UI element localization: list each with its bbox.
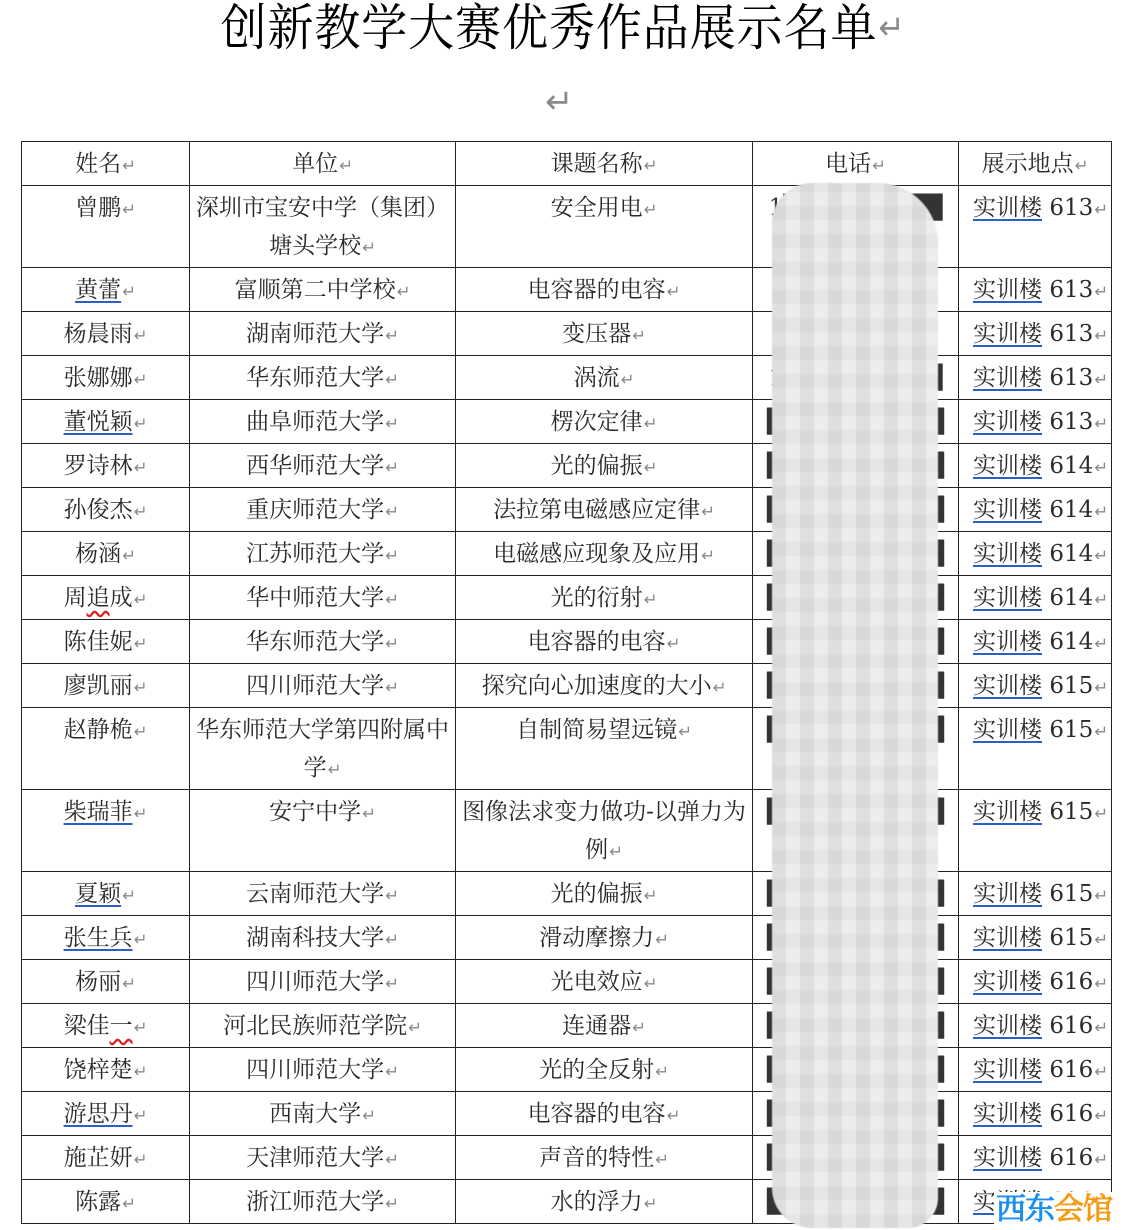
cell-topic[interactable]: 涡流↵ bbox=[456, 356, 753, 400]
cell-unit[interactable]: 云南师范大学↵ bbox=[190, 872, 456, 916]
paragraph-mark-icon: ↵ bbox=[644, 200, 658, 219]
paragraph-mark-icon: ↵ bbox=[1094, 502, 1108, 521]
paragraph-mark-icon: ↵ bbox=[122, 1194, 136, 1213]
name-text: 黄蕾 bbox=[75, 277, 121, 303]
paragraph-mark-icon: ↵ bbox=[385, 414, 399, 433]
header-unit[interactable]: 单位↵ bbox=[190, 142, 456, 186]
cell-topic[interactable]: 电容器的电容↵ bbox=[456, 620, 753, 664]
paragraph-mark-icon: ↵ bbox=[1094, 930, 1108, 949]
table-body: 曾鹏↵深圳市宝安中学（集团）塘头学校↵安全用电↵1█████████实训楼 61… bbox=[22, 186, 1112, 1224]
paragraph-mark-icon: ↵ bbox=[1094, 200, 1108, 219]
unit-text: 西华师范大学 bbox=[246, 453, 384, 479]
topic-text: 电容器的电容 bbox=[528, 629, 666, 655]
topic-text: 图像法求变力做功-以弹力为例 bbox=[462, 799, 746, 863]
topic-text: 滑动摩擦力 bbox=[539, 925, 654, 951]
paragraph-mark-icon: ↵ bbox=[385, 930, 399, 949]
place-room: 614 bbox=[1049, 541, 1093, 567]
cell-name[interactable]: 夏颖↵ bbox=[22, 872, 190, 916]
cell-name[interactable]: 陈佳妮↵ bbox=[22, 620, 190, 664]
place-room: 615 bbox=[1049, 799, 1093, 825]
privacy-mosaic-overlay bbox=[772, 183, 938, 1228]
unit-text: 湖南师范大学 bbox=[246, 321, 384, 347]
name-text: 杨涵 bbox=[75, 541, 121, 567]
paragraph-mark-icon: ↵ bbox=[1094, 804, 1108, 823]
name-text: 廖凯丽 bbox=[64, 673, 133, 699]
table-row: 张娜娜↵华东师范大学↵涡流↵1█████████实训楼 613↵ bbox=[22, 356, 1112, 400]
paragraph-mark-icon: ↵ bbox=[1094, 458, 1108, 477]
cell-name[interactable]: 饶梓楚↵ bbox=[22, 1048, 190, 1092]
paragraph-mark-icon: ↵ bbox=[701, 546, 715, 565]
cell-unit[interactable]: 天津师范大学↵ bbox=[190, 1136, 456, 1180]
paragraph-mark-icon: ↵ bbox=[385, 370, 399, 389]
table-row: 曾鹏↵深圳市宝安中学（集团）塘头学校↵安全用电↵1█████████实训楼 61… bbox=[22, 186, 1112, 268]
place-room: 615 bbox=[1049, 881, 1093, 907]
table-row: 柴瑞菲↵安宁中学↵图像法求变力做功-以弹力为例↵██████████实训楼 61… bbox=[22, 790, 1112, 872]
place-room: 616 bbox=[1049, 969, 1093, 995]
paragraph-mark-icon: ↵ bbox=[385, 546, 399, 565]
topic-text: 变压器 bbox=[562, 321, 631, 347]
unit-text: 重庆师范大学 bbox=[246, 497, 384, 523]
name-text: 陈露 bbox=[75, 1189, 121, 1215]
name-text: 游思丹 bbox=[64, 1101, 133, 1127]
unit-text: 曲阜师范大学 bbox=[246, 409, 384, 435]
paragraph-mark-icon: ↵ bbox=[644, 414, 658, 433]
paragraph-mark-icon: ↵ bbox=[1094, 886, 1108, 905]
cell-place[interactable]: 实训楼 613↵ bbox=[959, 186, 1112, 268]
paragraph-mark-icon: ↵ bbox=[134, 326, 148, 345]
unit-text: 西南大学 bbox=[269, 1101, 361, 1127]
topic-text: 法拉第电磁感应定律 bbox=[493, 497, 700, 523]
header-name[interactable]: 姓名↵ bbox=[22, 142, 190, 186]
cell-unit[interactable]: 华东师范大学第四附属中学↵ bbox=[190, 708, 456, 790]
cell-name[interactable]: 孙俊杰↵ bbox=[22, 488, 190, 532]
paragraph-mark-icon: ↵ bbox=[1094, 414, 1108, 433]
unit-text: 华东师范大学 bbox=[246, 629, 384, 655]
cell-topic[interactable]: 变压器↵ bbox=[456, 312, 753, 356]
cell-topic[interactable]: 声音的特性↵ bbox=[456, 1136, 753, 1180]
topic-text: 水的浮力 bbox=[551, 1189, 643, 1215]
unit-text: 安宁中学 bbox=[269, 799, 361, 825]
paragraph-mark-icon: ↵ bbox=[385, 634, 399, 653]
cell-topic[interactable]: 电磁感应现象及应用↵ bbox=[456, 532, 753, 576]
cell-unit[interactable]: 深圳市宝安中学（集团）塘头学校↵ bbox=[190, 186, 456, 268]
cell-place[interactable]: 实训楼 613↵ bbox=[959, 400, 1112, 444]
cell-place[interactable]: 实训楼 614↵ bbox=[959, 488, 1112, 532]
name-text: 杨丽 bbox=[75, 969, 121, 995]
cell-name[interactable]: 施芷妍↵ bbox=[22, 1136, 190, 1180]
cell-topic[interactable]: 图像法求变力做功-以弹力为例↵ bbox=[456, 790, 753, 872]
paragraph-mark-icon: ↵ bbox=[872, 156, 886, 175]
paragraph-mark-icon: ↵ bbox=[701, 502, 715, 521]
topic-text: 涡流 bbox=[574, 365, 620, 391]
watermark-part2: 会馆 bbox=[1054, 1192, 1112, 1227]
paragraph-mark-icon: ↵ bbox=[339, 156, 353, 175]
cell-unit[interactable]: 华东师范大学↵ bbox=[190, 356, 456, 400]
place-room: 616 bbox=[1049, 1101, 1093, 1127]
paragraph-mark-icon: ↵ bbox=[655, 1150, 669, 1169]
watermark-logo: 西东会馆 bbox=[994, 1192, 1114, 1228]
paragraph-mark-icon: ↵ bbox=[1094, 1106, 1108, 1125]
unit-text: 河北民族师范学院 bbox=[223, 1013, 407, 1039]
paragraph-mark-icon: ↵ bbox=[122, 546, 136, 565]
unit-text: 富顺第二中学校 bbox=[235, 277, 396, 303]
topic-text: 安全用电 bbox=[551, 195, 643, 221]
cell-unit[interactable]: 湖南师范大学↵ bbox=[190, 312, 456, 356]
cell-unit[interactable]: 华东师范大学↵ bbox=[190, 620, 456, 664]
name-text: 曾鹏 bbox=[75, 195, 121, 221]
place-room: 613 bbox=[1049, 409, 1093, 435]
paragraph-mark-icon: ↵ bbox=[122, 886, 136, 905]
paragraph-mark-icon: ↵ bbox=[122, 156, 136, 175]
place-room: 613 bbox=[1049, 365, 1093, 391]
name-text: 夏颖 bbox=[75, 881, 121, 907]
cell-name[interactable]: 罗诗林↵ bbox=[22, 444, 190, 488]
paragraph-mark-icon: ↵ bbox=[328, 760, 342, 779]
cell-name[interactable]: 杨晨雨↵ bbox=[22, 312, 190, 356]
paragraph-mark-icon: ↵ bbox=[667, 634, 681, 653]
topic-text: 探究向心加速度的大小 bbox=[482, 673, 712, 699]
topic-text: 电磁感应现象及应用 bbox=[493, 541, 700, 567]
table-row: 董悦颖↵曲阜师范大学↵楞次定律↵██████████实训楼 613↵ bbox=[22, 400, 1112, 444]
name-text: 杨晨雨 bbox=[64, 321, 133, 347]
name-text: 施芷妍 bbox=[64, 1145, 133, 1171]
unit-text: 江苏师范大学 bbox=[246, 541, 384, 567]
paragraph-mark-icon: ↵ bbox=[1094, 590, 1108, 609]
paragraph-mark-icon: ↵ bbox=[644, 886, 658, 905]
cell-name[interactable]: 黄蕾↵ bbox=[22, 268, 190, 312]
cell-place[interactable]: 实训楼 616↵ bbox=[959, 1092, 1112, 1136]
name-text: 陈佳妮 bbox=[64, 629, 133, 655]
place-building: 实训楼 bbox=[973, 541, 1042, 567]
paragraph-mark-icon: ↵ bbox=[655, 930, 669, 949]
cell-topic[interactable]: 安全用电↵ bbox=[456, 186, 753, 268]
table-row: 梁佳一↵河北民族师范学院↵连通器↵██████████实训楼 616↵ bbox=[22, 1004, 1112, 1048]
cell-topic[interactable]: 光的衍射↵ bbox=[456, 576, 753, 620]
table-row: 罗诗林↵西华师范大学↵光的偏振↵██████████实训楼 614↵ bbox=[22, 444, 1112, 488]
place-room: 614 bbox=[1049, 453, 1093, 479]
paragraph-mark-icon: ↵ bbox=[385, 502, 399, 521]
name-text: 柴瑞菲 bbox=[64, 799, 133, 825]
table-row: 周追成↵华中师范大学↵光的衍射↵██████████实训楼 614↵ bbox=[22, 576, 1112, 620]
cell-topic[interactable]: 水的浮力↵ bbox=[456, 1180, 753, 1224]
cell-name[interactable]: 董悦颖↵ bbox=[22, 400, 190, 444]
cell-name[interactable]: 赵静桅↵ bbox=[22, 708, 190, 790]
paragraph-mark-icon: ↵ bbox=[1094, 546, 1108, 565]
cell-unit[interactable]: 华中师范大学↵ bbox=[190, 576, 456, 620]
cell-place[interactable]: 实训楼 616↵ bbox=[959, 1048, 1112, 1092]
paragraph-mark-icon: ↵ bbox=[667, 282, 681, 301]
paragraph-mark-icon: ↵ bbox=[644, 156, 658, 175]
place-building: 实训楼 bbox=[973, 1013, 1042, 1039]
cell-unit[interactable]: 四川师范大学↵ bbox=[190, 664, 456, 708]
cell-place[interactable]: 实训楼 613↵ bbox=[959, 268, 1112, 312]
cell-unit[interactable]: 浙江师范大学↵ bbox=[190, 1180, 456, 1224]
paragraph-mark-icon: ↵ bbox=[134, 804, 148, 823]
table-row: 陈露↵浙江师范大学↵水的浮力↵██████████实训楼 616↵ bbox=[22, 1180, 1112, 1224]
cell-topic[interactable]: 光电效应↵ bbox=[456, 960, 753, 1004]
paragraph-mark-icon: ↵ bbox=[385, 1062, 399, 1081]
cell-name[interactable]: 游思丹↵ bbox=[22, 1092, 190, 1136]
place-room: 615 bbox=[1049, 673, 1093, 699]
cell-name[interactable]: 柴瑞菲↵ bbox=[22, 790, 190, 872]
table-row: 饶梓楚↵四川师范大学↵光的全反射↵██████████实训楼 616↵ bbox=[22, 1048, 1112, 1092]
place-building: 实训楼 bbox=[973, 277, 1042, 303]
name-text: 孙俊杰 bbox=[64, 497, 133, 523]
cell-name[interactable]: 曾鹏↵ bbox=[22, 186, 190, 268]
place-building: 实训楼 bbox=[973, 673, 1042, 699]
paragraph-mark-icon: ↵ bbox=[397, 282, 411, 301]
paragraph-mark-icon: ↵ bbox=[134, 590, 148, 609]
cell-unit[interactable]: 江苏师范大学↵ bbox=[190, 532, 456, 576]
cell-place[interactable]: 实训楼 613↵ bbox=[959, 312, 1112, 356]
cell-unit[interactable]: 重庆师范大学↵ bbox=[190, 488, 456, 532]
cell-topic[interactable]: 滑动摩擦力↵ bbox=[456, 916, 753, 960]
table-row: 黄蕾↵富顺第二中学校↵电容器的电容↵1███73██50实训楼 613↵ bbox=[22, 268, 1112, 312]
paragraph-mark-icon: ↵ bbox=[134, 458, 148, 477]
cell-name[interactable]: 杨涵↵ bbox=[22, 532, 190, 576]
paragraph-mark-icon: ↵ bbox=[1094, 1150, 1108, 1169]
cell-name[interactable]: 张生兵↵ bbox=[22, 916, 190, 960]
cell-name[interactable]: 杨丽↵ bbox=[22, 960, 190, 1004]
paragraph-mark-icon: ↵ bbox=[408, 1018, 422, 1037]
paragraph-mark-icon: ↵ bbox=[644, 458, 658, 477]
table-row: 陈佳妮↵华东师范大学↵电容器的电容↵██████████实训楼 614↵ bbox=[22, 620, 1112, 664]
paragraph-mark-icon: ↵ bbox=[667, 1106, 681, 1125]
paragraph-mark-icon: ↵ bbox=[878, 8, 905, 48]
name-text: 梁佳一 bbox=[64, 1013, 133, 1039]
cell-unit[interactable]: 河北民族师范学院↵ bbox=[190, 1004, 456, 1048]
paragraph-mark-icon: ↵ bbox=[644, 590, 658, 609]
paragraph-mark-icon: ↵ bbox=[678, 722, 692, 741]
unit-text: 湖南科技大学 bbox=[246, 925, 384, 951]
name-text: 张生兵 bbox=[64, 925, 133, 951]
table-row: 游思丹↵西南大学↵电容器的电容↵██████████实训楼 616↵ bbox=[22, 1092, 1112, 1136]
place-building: 实训楼 bbox=[973, 497, 1042, 523]
cell-place[interactable]: 实训楼 613↵ bbox=[959, 356, 1112, 400]
cell-topic[interactable]: 电容器的电容↵ bbox=[456, 268, 753, 312]
place-building: 实训楼 bbox=[973, 1057, 1042, 1083]
paragraph-mark-icon: ↵ bbox=[134, 414, 148, 433]
cell-name[interactable]: 周追成↵ bbox=[22, 576, 190, 620]
topic-text: 光的偏振 bbox=[551, 453, 643, 479]
cell-topic[interactable]: 光的偏振↵ bbox=[456, 872, 753, 916]
paragraph-mark-icon: ↵ bbox=[632, 1018, 646, 1037]
cell-unit[interactable]: 曲阜师范大学↵ bbox=[190, 400, 456, 444]
topic-text: 光的全反射 bbox=[539, 1057, 654, 1083]
cell-topic[interactable]: 光的偏振↵ bbox=[456, 444, 753, 488]
place-building: 实训楼 bbox=[973, 717, 1042, 743]
cell-place[interactable]: 实训楼 615↵ bbox=[959, 664, 1112, 708]
paragraph-mark-icon: ↵ bbox=[1094, 634, 1108, 653]
unit-text: 华东师范大学 bbox=[246, 365, 384, 391]
paragraph-mark-icon: ↵ bbox=[122, 200, 136, 219]
unit-text: 天津师范大学 bbox=[246, 1145, 384, 1171]
table-row: 赵静桅↵华东师范大学第四附属中学↵自制简易望远镜↵██████████实训楼 6… bbox=[22, 708, 1112, 790]
place-building: 实训楼 bbox=[973, 799, 1042, 825]
table-row: 廖凯丽↵四川师范大学↵探究向心加速度的大小↵██████████实训楼 615↵ bbox=[22, 664, 1112, 708]
place-room: 614 bbox=[1049, 497, 1093, 523]
header-topic[interactable]: 课题名称↵ bbox=[456, 142, 753, 186]
empty-paragraph-mark-icon: ↵ bbox=[545, 82, 574, 122]
cell-topic[interactable]: 楞次定律↵ bbox=[456, 400, 753, 444]
place-building: 实训楼 bbox=[973, 453, 1042, 479]
topic-text: 光的偏振 bbox=[551, 881, 643, 907]
paragraph-mark-icon: ↵ bbox=[385, 678, 399, 697]
place-room: 613 bbox=[1049, 321, 1093, 347]
place-room: 616 bbox=[1049, 1013, 1093, 1039]
place-room: 613 bbox=[1049, 195, 1093, 221]
cell-place[interactable]: 实训楼 616↵ bbox=[959, 960, 1112, 1004]
place-building: 实训楼 bbox=[973, 365, 1042, 391]
table-row: 施芷妍↵天津师范大学↵声音的特性↵██████████实训楼 616↵ bbox=[22, 1136, 1112, 1180]
cell-place[interactable]: 实训楼 616↵ bbox=[959, 1004, 1112, 1048]
watermark-part1: 西东 bbox=[996, 1192, 1054, 1227]
cell-name[interactable]: 张娜娜↵ bbox=[22, 356, 190, 400]
paragraph-mark-icon: ↵ bbox=[1094, 282, 1108, 301]
cell-place[interactable]: 实训楼 615↵ bbox=[959, 872, 1112, 916]
paragraph-mark-icon: ↵ bbox=[362, 804, 376, 823]
table-row: 夏颖↵云南师范大学↵光的偏振↵██████████实训楼 615↵ bbox=[22, 872, 1112, 916]
paragraph-mark-icon: ↵ bbox=[122, 974, 136, 993]
name-text: 饶梓楚 bbox=[64, 1057, 133, 1083]
paragraph-mark-icon: ↵ bbox=[644, 974, 658, 993]
showcase-table: 姓名↵ 单位↵ 课题名称↵ 电话↵ 展示地点↵ 曾鹏↵深圳市宝安中学（集团）塘头… bbox=[21, 141, 1112, 1224]
table-row: 杨丽↵四川师范大学↵光电效应↵██████████实训楼 616↵ bbox=[22, 960, 1112, 1004]
cell-topic[interactable]: 电容器的电容↵ bbox=[456, 1092, 753, 1136]
cell-unit[interactable]: 四川师范大学↵ bbox=[190, 1048, 456, 1092]
unit-text: 深圳市宝安中学（集团）塘头学校 bbox=[196, 195, 449, 259]
place-room: 614 bbox=[1049, 629, 1093, 655]
cell-place[interactable]: 实训楼 615↵ bbox=[959, 916, 1112, 960]
paragraph-mark-icon: ↵ bbox=[385, 590, 399, 609]
paragraph-mark-icon: ↵ bbox=[134, 370, 148, 389]
cell-name[interactable]: 梁佳一↵ bbox=[22, 1004, 190, 1048]
table-row: 杨涵↵江苏师范大学↵电磁感应现象及应用↵██████████实训楼 614↵ bbox=[22, 532, 1112, 576]
paragraph-mark-icon: ↵ bbox=[134, 502, 148, 521]
cell-topic[interactable]: 法拉第电磁感应定律↵ bbox=[456, 488, 753, 532]
paragraph-mark-icon: ↵ bbox=[385, 974, 399, 993]
cell-place[interactable]: 实训楼 616↵ bbox=[959, 1136, 1112, 1180]
cell-place[interactable]: 实训楼 614↵ bbox=[959, 532, 1112, 576]
paragraph-mark-icon: ↵ bbox=[134, 1150, 148, 1169]
name-text: 董悦颖 bbox=[64, 409, 133, 435]
topic-text: 光电效应 bbox=[551, 969, 643, 995]
cell-unit[interactable]: 安宁中学↵ bbox=[190, 790, 456, 872]
paragraph-mark-icon: ↵ bbox=[1094, 1062, 1108, 1081]
place-building: 实训楼 bbox=[973, 969, 1042, 995]
paragraph-mark-icon: ↵ bbox=[713, 678, 727, 697]
name-text: 赵静桅 bbox=[64, 717, 133, 743]
paragraph-mark-icon: ↵ bbox=[1094, 326, 1108, 345]
paragraph-mark-icon: ↵ bbox=[134, 634, 148, 653]
place-building: 实训楼 bbox=[973, 321, 1042, 347]
cell-unit[interactable]: 四川师范大学↵ bbox=[190, 960, 456, 1004]
cell-topic[interactable]: 连通器↵ bbox=[456, 1004, 753, 1048]
paragraph-mark-icon: ↵ bbox=[385, 458, 399, 477]
unit-text: 浙江师范大学 bbox=[246, 1189, 384, 1215]
unit-text: 云南师范大学 bbox=[246, 881, 384, 907]
paragraph-mark-icon: ↵ bbox=[134, 1062, 148, 1081]
cell-topic[interactable]: 光的全反射↵ bbox=[456, 1048, 753, 1092]
place-room: 613 bbox=[1049, 277, 1093, 303]
paragraph-mark-icon: ↵ bbox=[1094, 974, 1108, 993]
place-building: 实训楼 bbox=[973, 881, 1042, 907]
cell-unit[interactable]: 湖南科技大学↵ bbox=[190, 916, 456, 960]
cell-place[interactable]: 实训楼 615↵ bbox=[959, 708, 1112, 790]
paragraph-mark-icon: ↵ bbox=[385, 326, 399, 345]
topic-text: 声音的特性 bbox=[539, 1145, 654, 1171]
paragraph-mark-icon: ↵ bbox=[134, 1018, 148, 1037]
unit-text: 四川师范大学 bbox=[246, 673, 384, 699]
paragraph-mark-icon: ↵ bbox=[655, 1062, 669, 1081]
header-place[interactable]: 展示地点↵ bbox=[959, 142, 1112, 186]
paragraph-mark-icon: ↵ bbox=[1094, 370, 1108, 389]
topic-text: 光的衍射 bbox=[551, 585, 643, 611]
paragraph-mark-icon: ↵ bbox=[134, 722, 148, 741]
cell-topic[interactable]: 探究向心加速度的大小↵ bbox=[456, 664, 753, 708]
document-title: 创新教学大赛优秀作品展示名单↵ bbox=[45, 0, 1081, 56]
paragraph-mark-icon: ↵ bbox=[385, 1194, 399, 1213]
paragraph-mark-icon: ↵ bbox=[122, 282, 136, 301]
topic-text: 自制简易望远镜 bbox=[516, 717, 677, 743]
place-room: 616 bbox=[1049, 1145, 1093, 1171]
paragraph-mark-icon: ↵ bbox=[609, 842, 623, 861]
title-text: 创新教学大赛优秀作品展示名单 bbox=[221, 0, 878, 57]
place-building: 实训楼 bbox=[973, 925, 1042, 951]
cell-place[interactable]: 实训楼 615↵ bbox=[959, 790, 1112, 872]
cell-name[interactable]: 陈露↵ bbox=[22, 1180, 190, 1224]
paragraph-mark-icon: ↵ bbox=[644, 1194, 658, 1213]
unit-text: 华中师范大学 bbox=[246, 585, 384, 611]
paragraph-mark-icon: ↵ bbox=[1075, 156, 1089, 175]
cell-unit[interactable]: 西华师范大学↵ bbox=[190, 444, 456, 488]
cell-place[interactable]: 实训楼 614↵ bbox=[959, 576, 1112, 620]
paragraph-mark-icon: ↵ bbox=[362, 1106, 376, 1125]
table-header-row: 姓名↵ 单位↵ 课题名称↵ 电话↵ 展示地点↵ bbox=[22, 142, 1112, 186]
cell-place[interactable]: 实训楼 614↵ bbox=[959, 620, 1112, 664]
place-building: 实训楼 bbox=[973, 585, 1042, 611]
place-room: 615 bbox=[1049, 717, 1093, 743]
name-text: 周追成 bbox=[64, 585, 133, 611]
header-phone[interactable]: 电话↵ bbox=[753, 142, 959, 186]
paragraph-mark-icon: ↵ bbox=[134, 1106, 148, 1125]
unit-text: 四川师范大学 bbox=[246, 969, 384, 995]
paragraph-mark-icon: ↵ bbox=[1094, 678, 1108, 697]
topic-text: 电容器的电容 bbox=[528, 277, 666, 303]
paragraph-mark-icon: ↵ bbox=[362, 238, 376, 257]
place-building: 实训楼 bbox=[973, 629, 1042, 655]
paragraph-mark-icon: ↵ bbox=[385, 1150, 399, 1169]
cell-place[interactable]: 实训楼 614↵ bbox=[959, 444, 1112, 488]
topic-text: 连通器 bbox=[562, 1013, 631, 1039]
cell-unit[interactable]: 西南大学↵ bbox=[190, 1092, 456, 1136]
cell-unit[interactable]: 富顺第二中学校↵ bbox=[190, 268, 456, 312]
cell-topic[interactable]: 自制简易望远镜↵ bbox=[456, 708, 753, 790]
paragraph-mark-icon: ↵ bbox=[134, 930, 148, 949]
cell-name[interactable]: 廖凯丽↵ bbox=[22, 664, 190, 708]
place-room: 616 bbox=[1049, 1057, 1093, 1083]
place-building: 实训楼 bbox=[973, 1101, 1042, 1127]
paragraph-mark-icon: ↵ bbox=[632, 326, 646, 345]
name-text: 罗诗林 bbox=[64, 453, 133, 479]
paragraph-mark-icon: ↵ bbox=[621, 370, 635, 389]
unit-text: 四川师范大学 bbox=[246, 1057, 384, 1083]
table-row: 杨晨雨↵湖南师范大学↵变压器↵1█████75实训楼 613↵ bbox=[22, 312, 1112, 356]
paragraph-mark-icon: ↵ bbox=[134, 678, 148, 697]
place-building: 实训楼 bbox=[973, 409, 1042, 435]
place-room: 615 bbox=[1049, 925, 1093, 951]
table-row: 张生兵↵湖南科技大学↵滑动摩擦力↵██████████实训楼 615↵ bbox=[22, 916, 1112, 960]
